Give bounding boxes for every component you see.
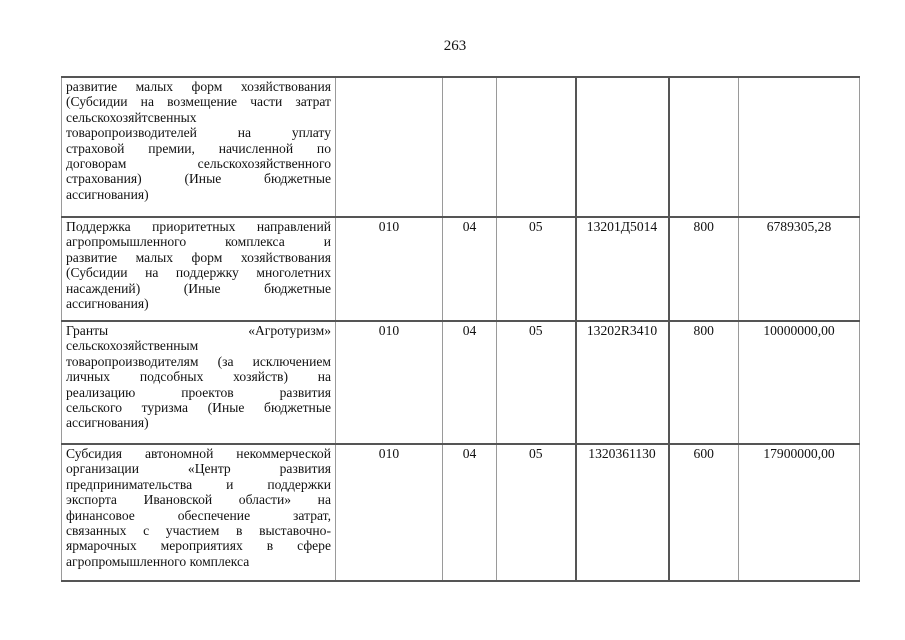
ministry-code-cell: 010	[336, 217, 443, 321]
subsection-code-cell: 05	[497, 217, 576, 321]
description-line: развитие малых форм хозяйствования	[66, 79, 331, 94]
description-cell: Гранты «Агротуризм»сельскохозяйственнымт…	[62, 321, 336, 444]
amount-cell: 17900000,00	[739, 444, 860, 581]
description-line: ярмарочных мероприятиях в сфере	[66, 538, 331, 553]
description-line: страховой премии, начисленной по	[66, 141, 331, 156]
budget-table: развитие малых форм хозяйствования(Субси…	[61, 76, 860, 582]
ministry-code-cell: 010	[336, 321, 443, 444]
table-row: Поддержка приоритетных направленийагропр…	[62, 217, 860, 321]
description-line: сельскохозяйственным	[66, 338, 331, 353]
description-line: организации «Центр развития	[66, 461, 331, 476]
description-line: экспорта Ивановской области» на	[66, 492, 331, 507]
table-row: Субсидия автономной некоммерческойоргани…	[62, 444, 860, 581]
description-cell: Поддержка приоритетных направленийагропр…	[62, 217, 336, 321]
description-line: реализацию проектов развития	[66, 385, 331, 400]
expense-type-cell: 600	[669, 444, 739, 581]
description-line: сельского туризма (Иные бюджетные	[66, 400, 331, 415]
description-line: товаропроизводителей на уплату	[66, 125, 331, 140]
description-line: предпринимательства и поддержки	[66, 477, 331, 492]
target-article-cell: 1320361130	[576, 444, 669, 581]
description-line: (Субсидии на поддержку многолетних	[66, 265, 331, 280]
target-article-cell: 13201Д5014	[576, 217, 669, 321]
target-article-cell	[576, 77, 669, 217]
description-line: договорам сельскохозяйственного	[66, 156, 331, 171]
description-line: сельскохозяйтсвенных	[66, 110, 331, 125]
section-code-cell: 04	[443, 217, 497, 321]
description-line: агропромышленного комплекса и	[66, 234, 331, 249]
page-number: 263	[0, 38, 905, 55]
subsection-code-cell	[497, 77, 576, 217]
description-cell: Субсидия автономной некоммерческойоргани…	[62, 444, 336, 581]
description-line: личных подсобных хозяйств) на	[66, 369, 331, 384]
section-code-cell	[443, 77, 497, 217]
subsection-code-cell: 05	[497, 444, 576, 581]
amount-cell: 10000000,00	[739, 321, 860, 444]
description-line: связанных с участием в выставочно-	[66, 523, 331, 538]
description-line: товаропроизводителям (за исключением	[66, 354, 331, 369]
description-line: развитие малых форм хозяйствования	[66, 250, 331, 265]
amount-cell	[739, 77, 860, 217]
description-cell: развитие малых форм хозяйствования(Субси…	[62, 77, 336, 217]
expense-type-cell: 800	[669, 217, 739, 321]
description-line: ассигнования)	[66, 187, 331, 202]
description-line: Субсидия автономной некоммерческой	[66, 446, 331, 461]
description-line: Гранты «Агротуризм»	[66, 323, 331, 338]
subsection-code-cell: 05	[497, 321, 576, 444]
expense-type-cell	[669, 77, 739, 217]
table-row: Гранты «Агротуризм»сельскохозяйственнымт…	[62, 321, 860, 444]
ministry-code-cell	[336, 77, 443, 217]
table-row: развитие малых форм хозяйствования(Субси…	[62, 77, 860, 217]
description-line: ассигнования)	[66, 415, 331, 430]
amount-cell: 6789305,28	[739, 217, 860, 321]
description-line: (Субсидии на возмещение части затрат	[66, 94, 331, 109]
description-line: Поддержка приоритетных направлений	[66, 219, 331, 234]
description-line: ассигнования)	[66, 296, 331, 311]
description-line: насаждений) (Иные бюджетные	[66, 281, 331, 296]
description-line: агропромышленного комплекса	[66, 554, 331, 569]
description-line: страхования) (Иные бюджетные	[66, 171, 331, 186]
section-code-cell: 04	[443, 444, 497, 581]
expense-type-cell: 800	[669, 321, 739, 444]
target-article-cell: 13202R3410	[576, 321, 669, 444]
description-line: финансовое обеспечение затрат,	[66, 508, 331, 523]
ministry-code-cell: 010	[336, 444, 443, 581]
section-code-cell: 04	[443, 321, 497, 444]
